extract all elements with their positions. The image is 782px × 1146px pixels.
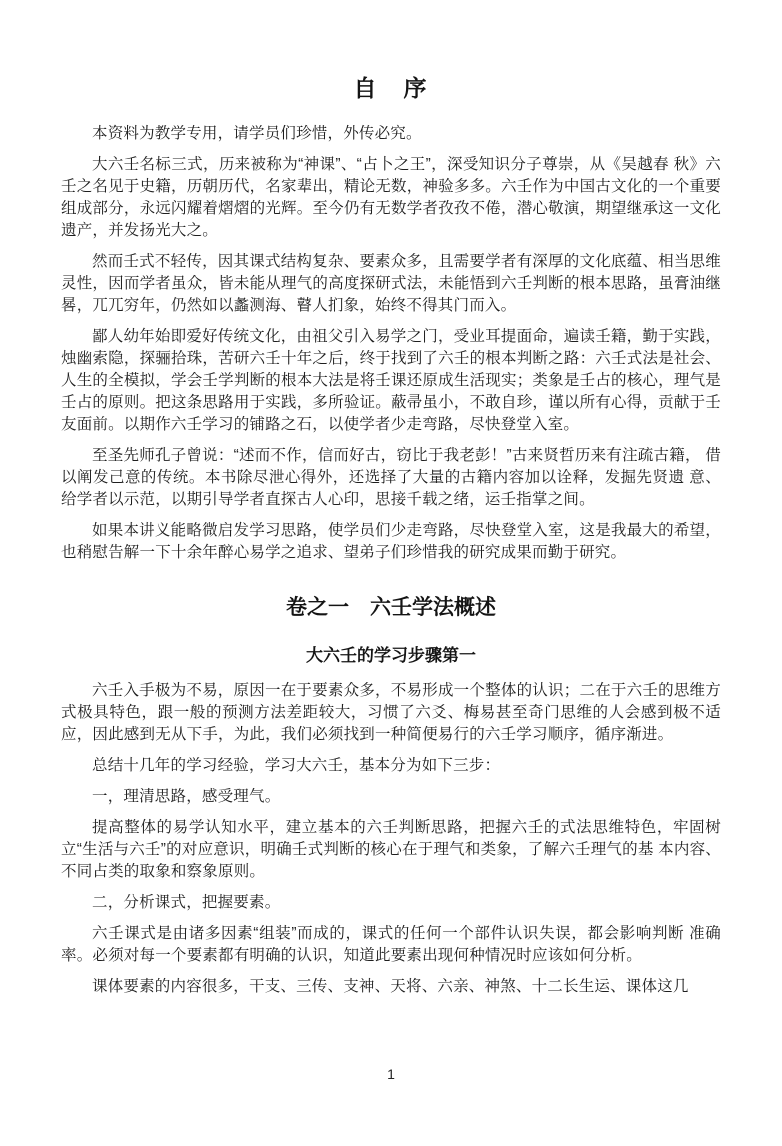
paragraph: 大六壬名标三式，历来被称为“神课”、“占卜之王”，深受知识分子尊崇，从《吴越春 …: [61, 154, 721, 242]
preface-paragraphs: 本资料为教学专用，请学员们珍惜，外传必究。大六壬名标三式，历来被称为“神课”、“…: [61, 123, 721, 564]
paragraph: 鄙人幼年始即爱好传统文化，由祖父引入易学之门，受业耳提面命，遍读壬籍，勤于实践，…: [61, 326, 721, 436]
paragraph: 至圣先师孔子曾说：“述而不作，信而好古，窃比于我老彭！”古来贤哲历来有注疏古籍，…: [61, 445, 721, 511]
document-page: 自 序 本资料为教学专用，请学员们珍惜，外传必究。大六壬名标三式，历来被称为“神…: [61, 0, 721, 998]
chapter-paragraphs: 六壬入手极为不易，原因一在于要素众多，不易形成一个整体的认识；二在于六壬的思维方…: [61, 680, 721, 998]
chapter-subheading: 大六壬的学习步骤第一: [61, 641, 721, 666]
paragraph: 二，分析课式，把握要素。: [61, 892, 721, 914]
paragraph: 总结十几年的学习经验，学习大六壬，基本分为如下三步：: [61, 755, 721, 777]
paragraph: 六壬入手极为不易，原因一在于要素众多，不易形成一个整体的认识；二在于六壬的思维方…: [61, 680, 721, 746]
paragraph: 如果本讲义能略微启发学习思路，使学员们少走弯路，尽快登堂入室，这是我最大的希望，…: [61, 520, 721, 564]
paragraph: 一，理清思路，感受理气。: [61, 786, 721, 808]
chapter-heading: 卷之一 六壬学法概述: [61, 591, 721, 621]
paragraph: 课体要素的内容很多，干支、三传、支神、天将、六亲、神煞、十二长生运、课体这几: [61, 976, 721, 998]
paragraph: 六壬课式是由诸多因素“组装”而成的，课式的任何一个部件认识失误，都会影响判断 准…: [61, 923, 721, 967]
page-number: 1: [0, 1066, 782, 1082]
paragraph: 提高整体的易学认知水平，建立基本的六壬判断思路，把握六壬的式法思维特色，牢固树立…: [61, 817, 721, 883]
paragraph: 然而壬式不轻传，因其课式结构复杂、要素众多，且需要学者有深厚的文化底蕴、相当思维…: [61, 251, 721, 317]
paragraph: 本资料为教学专用，请学员们珍惜，外传必究。: [61, 123, 721, 145]
preface-title: 自 序: [61, 70, 721, 103]
